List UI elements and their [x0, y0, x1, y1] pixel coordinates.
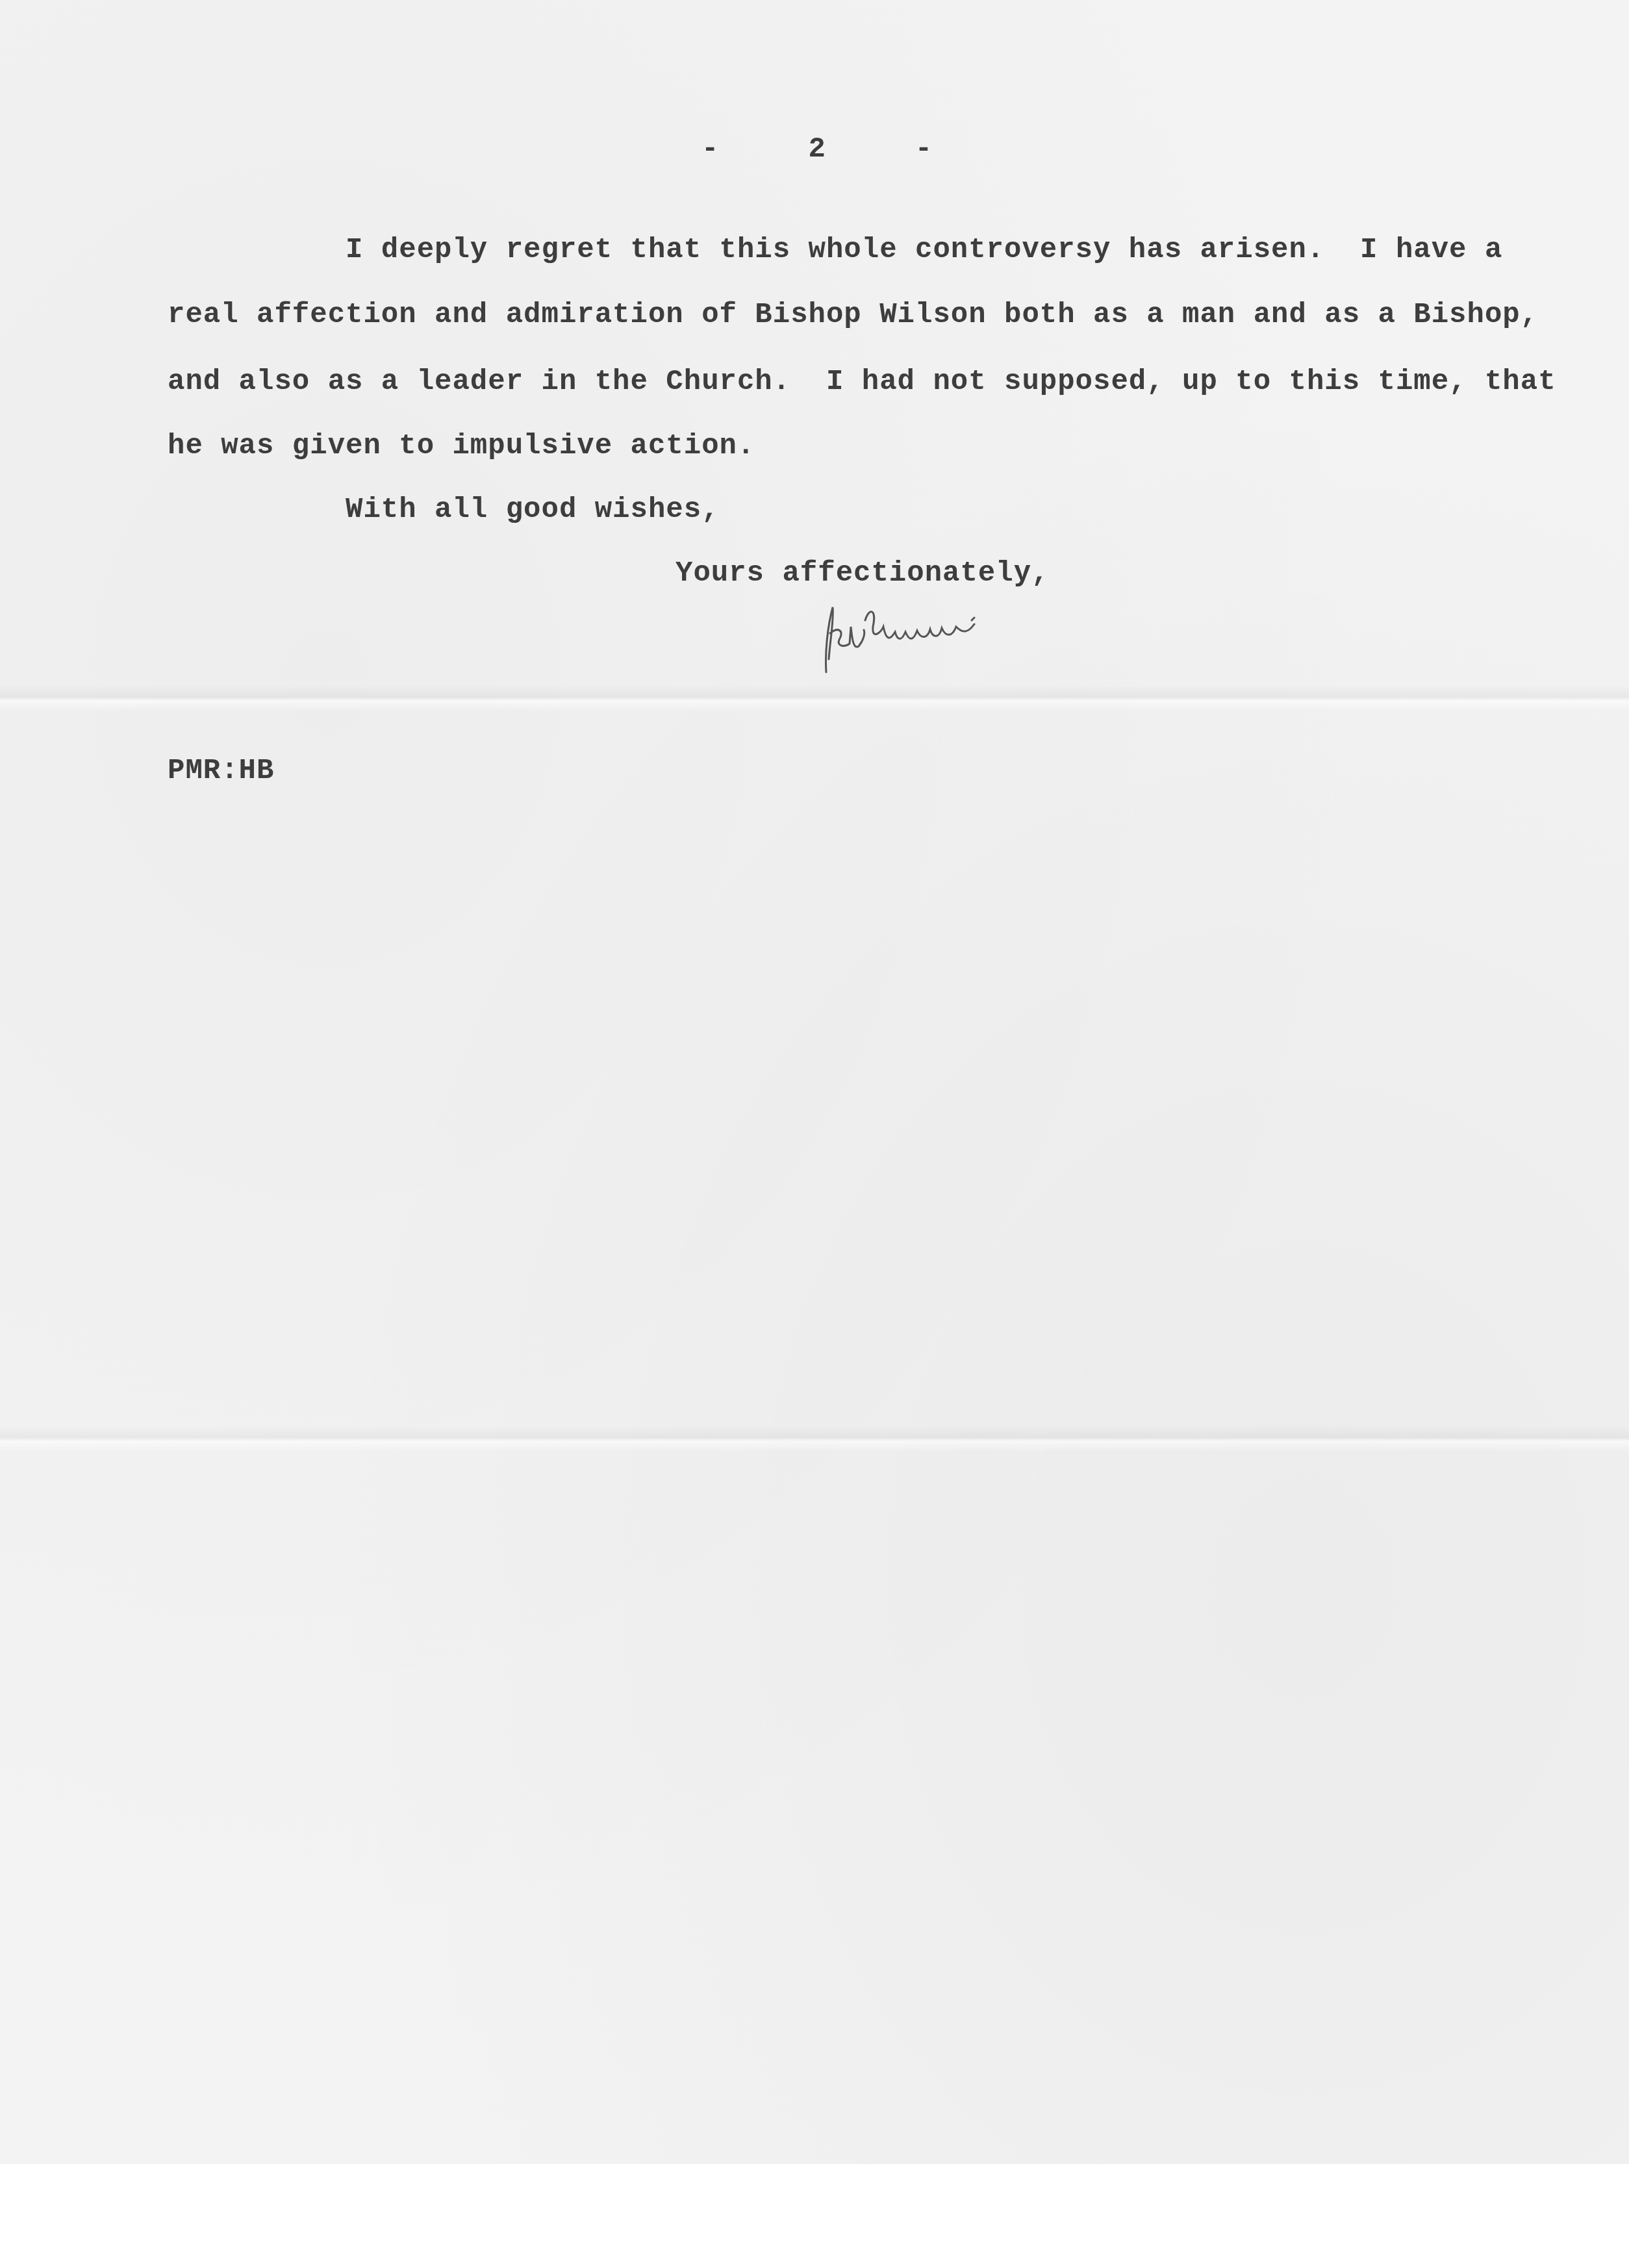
page-number: - 2 -	[701, 133, 933, 166]
scan-margin	[0, 2164, 1629, 2268]
reference-initials: PMR:HB	[168, 755, 274, 787]
body-line: and also as a leader in the Church. I ha…	[168, 366, 1556, 398]
signature-icon	[818, 601, 1195, 679]
body-line: I deeply regret that this whole controve…	[168, 234, 1502, 266]
paper-fold-line	[0, 1426, 1629, 1452]
paper-fold-line	[0, 685, 1629, 711]
closing-wish: With all good wishes,	[168, 494, 720, 526]
body-line: real affection and admiration of Bishop …	[168, 299, 1538, 331]
complimentary-close: Yours affectionately,	[676, 557, 1050, 590]
body-line: he was given to impulsive action.	[168, 430, 755, 462]
letter-page	[0, 0, 1629, 2268]
